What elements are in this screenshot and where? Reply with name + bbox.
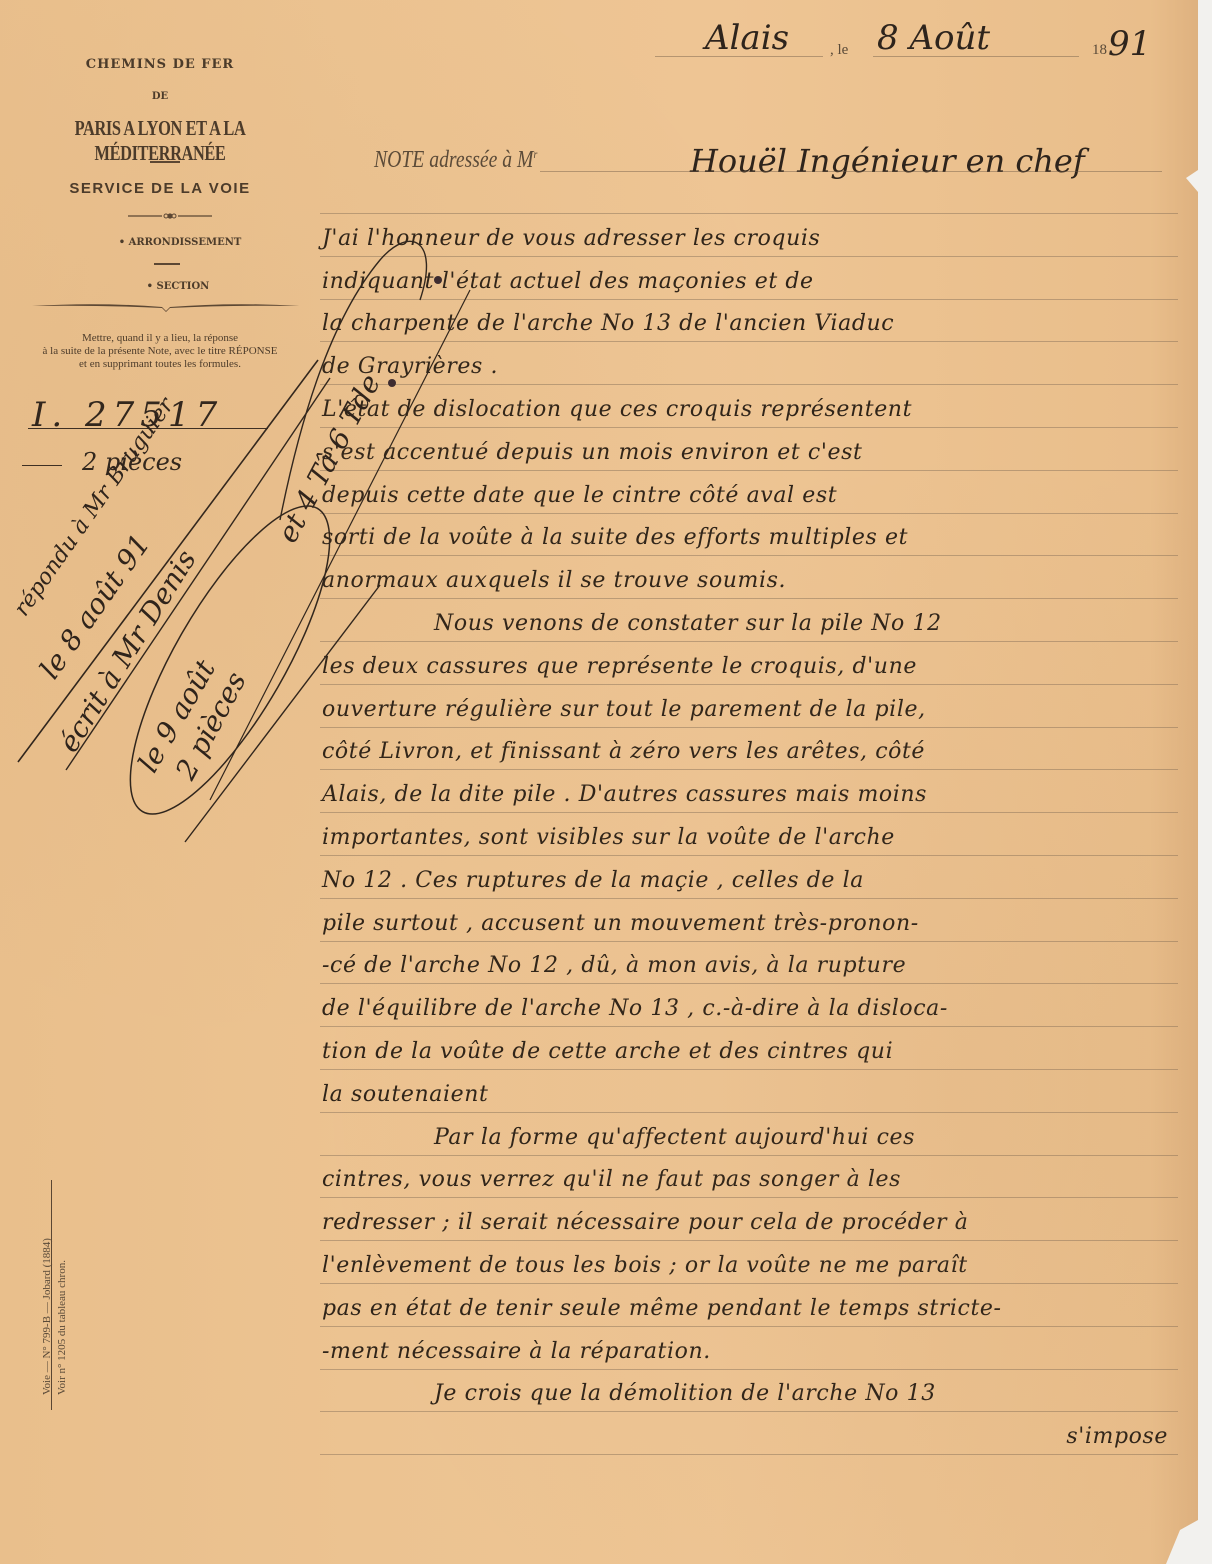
ruled-line bbox=[320, 299, 1178, 300]
ruled-line bbox=[320, 427, 1178, 428]
year-handwritten: 91 bbox=[1108, 24, 1151, 64]
ruled-line bbox=[320, 384, 1178, 385]
ruled-line bbox=[320, 1283, 1178, 1284]
letterhead-service: SERVICE DE LA VOIE bbox=[0, 180, 320, 197]
le-label: , le bbox=[830, 42, 848, 59]
body-text-line: pas en état de tenir seule même pendant … bbox=[322, 1296, 1182, 1321]
body-text-line: côté Livron, et finissant à zéro vers le… bbox=[322, 739, 1182, 764]
body-text-line: ouverture régulière sur tout le parement… bbox=[322, 697, 1182, 722]
body-text-line: indiquant l'état actuel des maçonies et … bbox=[322, 269, 1182, 294]
ruled-line bbox=[320, 1197, 1178, 1198]
ruled-line bbox=[320, 513, 1178, 514]
ruled-line bbox=[320, 1326, 1178, 1327]
body-text-line: les deux cassures que représente le croq… bbox=[322, 654, 1182, 679]
ruled-line bbox=[320, 812, 1178, 813]
body-text-line: cintres, vous verrez qu'il ne faut pas s… bbox=[322, 1167, 1182, 1192]
ruled-line bbox=[320, 641, 1178, 642]
ruled-line bbox=[320, 1454, 1178, 1455]
date-handwritten: 8 Août bbox=[877, 18, 990, 58]
body-text-line: depuis cette date que le cintre côté ava… bbox=[322, 483, 1182, 508]
reply-instructions: Mettre, quand il y a lieu, la réponse à … bbox=[0, 332, 320, 371]
place-line bbox=[655, 56, 823, 57]
ruled-line bbox=[320, 1026, 1178, 1027]
ruled-line bbox=[320, 855, 1178, 856]
ruled-line bbox=[320, 1155, 1178, 1156]
body-text-line: Je crois que la démolition de l'arche No… bbox=[322, 1381, 1212, 1406]
ruled-line bbox=[320, 727, 1178, 728]
dash-mark bbox=[22, 465, 62, 466]
reference-number: I. 27517 bbox=[32, 395, 223, 435]
body-text-line: pile surtout , accusent un mouvement trè… bbox=[322, 911, 1182, 936]
body-text-line: J'ai l'honneur de vous adresser les croq… bbox=[322, 226, 1182, 251]
body-text-line: anormaux auxquels il se trouve soumis. bbox=[322, 568, 1182, 593]
body-text-line: Alais, de la dite pile . D'autres cassur… bbox=[322, 782, 1182, 807]
body-text-line: tion de la voûte de cette arche et des c… bbox=[322, 1039, 1182, 1064]
ruled-line bbox=[320, 898, 1178, 899]
swell-rule-icon bbox=[32, 300, 300, 314]
body-text-line: No 12 . Ces ruptures de la maçie , celle… bbox=[322, 868, 1182, 893]
date-line bbox=[873, 56, 1079, 57]
letter-page: CHEMINS DE FER DE PARIS A LYON ET A LA M… bbox=[0, 0, 1198, 1564]
body-text-line: redresser ; il serait nécessaire pour ce… bbox=[322, 1210, 1182, 1235]
body-text-line: -ment nécessaire à la réparation. bbox=[322, 1339, 1182, 1364]
recipient-handwritten: Houël Ingénieur en chef bbox=[690, 142, 1085, 180]
body-text-line: la soutenaient bbox=[322, 1082, 1182, 1107]
body-text-line: importantes, sont visibles sur la voûte … bbox=[322, 825, 1182, 850]
ruled-line bbox=[320, 941, 1178, 942]
ruled-line bbox=[320, 555, 1178, 556]
bullet-icon: • bbox=[147, 281, 153, 292]
ruled-line bbox=[320, 1369, 1178, 1370]
ruled-line bbox=[320, 983, 1178, 984]
body-text-line: de l'équilibre de l'arche No 13 , c.-à-d… bbox=[322, 996, 1182, 1021]
letterhead-de: DE bbox=[0, 91, 320, 102]
body-text-line: de Grayrières . bbox=[322, 354, 1182, 379]
ruled-line bbox=[320, 470, 1178, 471]
recipient-line bbox=[540, 171, 1162, 172]
place-handwritten: Alais bbox=[705, 18, 789, 58]
ruled-line bbox=[320, 684, 1178, 685]
body-text-line: l'enlèvement de tous les bois ; or la vo… bbox=[322, 1253, 1182, 1278]
letterhead-company-line1: CHEMINS DE FER bbox=[0, 57, 320, 72]
body-text-line: sorti de la voûte à la suite des efforts… bbox=[322, 525, 1182, 550]
body-text-line: s'impose bbox=[1066, 1424, 1168, 1449]
letterhead-divider bbox=[150, 161, 180, 163]
body-text-line: L'état de dislocation que ces croquis re… bbox=[322, 397, 1182, 422]
ruled-line bbox=[320, 1112, 1178, 1113]
form-reference: Voie — N° 799-B — Jobard (1884) Voir n° … bbox=[40, 1238, 70, 1395]
ruled-line bbox=[320, 1240, 1178, 1241]
ruled-line bbox=[320, 256, 1178, 257]
letterhead-arrondissement: • ARRONDISSEMENT bbox=[0, 237, 340, 248]
ruled-line bbox=[320, 341, 1178, 342]
letterhead-company-name: PARIS A LYON ET A LA MÉDITERRANÉE bbox=[35, 116, 285, 166]
body-text-line: la charpente de l'arche No 13 de l'ancie… bbox=[322, 311, 1182, 336]
ruled-line bbox=[320, 1069, 1178, 1070]
body-text-line: -cé de l'arche No 12 , dû, à mon avis, à… bbox=[322, 953, 1182, 978]
year-printed: 18 bbox=[1092, 42, 1107, 59]
ruled-line bbox=[320, 598, 1178, 599]
body-text-line: Nous venons de constater sur la pile No … bbox=[322, 611, 1212, 636]
ornament-icon bbox=[128, 211, 212, 221]
note-label: NOTE adressée à Mr bbox=[374, 147, 537, 174]
letterhead-divider bbox=[154, 263, 180, 265]
ruled-line bbox=[320, 1411, 1178, 1412]
letterhead-section: • SECTION bbox=[0, 281, 338, 292]
ruled-line bbox=[320, 769, 1178, 770]
bullet-icon: • bbox=[119, 237, 125, 248]
ruled-line bbox=[320, 213, 1178, 214]
body-text-line: Par la forme qu'affectent aujourd'hui ce… bbox=[322, 1125, 1212, 1150]
body-text-line: s'est accentué depuis un mois environ et… bbox=[322, 440, 1182, 465]
